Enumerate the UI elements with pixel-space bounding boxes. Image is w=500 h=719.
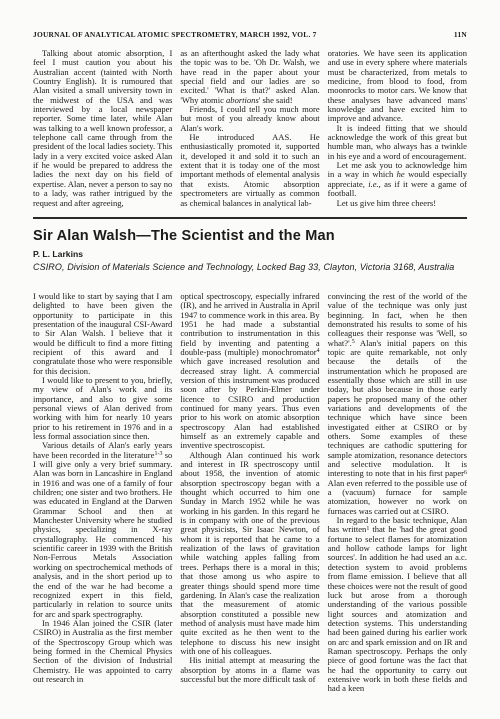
previous-article-end: Talking about atomic absorption, I feel … (33, 49, 467, 208)
paragraph: Various details of Alan's early years ha… (33, 441, 172, 619)
article-title: Sir Alan Walsh—The Scientist and the Man (33, 229, 467, 244)
article-body: I would like to start by saying that I a… (33, 292, 467, 694)
article-header: Sir Alan Walsh—The Scientist and the Man… (33, 229, 467, 272)
paragraph: In regard to the basic technique, Alan h… (328, 516, 467, 694)
top-column-2: as an afterthought asked the lady what t… (180, 49, 319, 208)
paragraph: oratories. We have seen its application … (328, 49, 467, 124)
body-column-3: convincing the rest of the world of the … (328, 292, 467, 694)
top-column-3: oratories. We have seen its application … (328, 49, 467, 208)
section-divider-rule (33, 217, 467, 219)
paragraph: Friends, I could tell you much more but … (180, 105, 319, 133)
paragraph: optical spectroscopy, especially infrare… (180, 292, 319, 451)
paragraph: He introduced AAS. He enthusiastically p… (180, 133, 319, 208)
author-affiliation: CSIRO, Division of Materials Science and… (33, 262, 467, 272)
top-column-1: Talking about atomic absorption, I feel … (33, 49, 172, 208)
journal-title: JOURNAL OF ANALYTICAL ATOMIC SPECTROMETR… (33, 30, 317, 39)
body-column-1: I would like to start by saying that I a… (33, 292, 172, 694)
paragraph: His initial attempt at measuring the abs… (180, 656, 319, 684)
paragraph: It is indeed fitting that we should ackn… (328, 124, 467, 161)
paragraph: Although Alan continued his work and int… (180, 451, 319, 657)
body-column-2: optical spectroscopy, especially infrare… (180, 292, 319, 694)
paragraph: I would like to start by saying that I a… (33, 292, 172, 376)
journal-page: JOURNAL OF ANALYTICAL ATOMIC SPECTROMETR… (0, 0, 500, 719)
paragraph: Talking about atomic absorption, I feel … (33, 49, 172, 208)
paragraph: Let me ask you to acknowledge him in a w… (328, 161, 467, 198)
paragraph: as an afterthought asked the lady what t… (180, 49, 319, 105)
author-name: P. L. Larkins (33, 249, 467, 259)
paragraph: convincing the rest of the world of the … (328, 292, 467, 516)
running-head: JOURNAL OF ANALYTICAL ATOMIC SPECTROMETR… (33, 30, 467, 39)
paragraph: Let us give him three cheers! (328, 199, 467, 208)
paragraph: I would like to present to you, briefly,… (33, 376, 172, 441)
page-number: 11N (454, 30, 467, 39)
paragraph: In 1946 Alan joined the CSIR (later CSIR… (33, 619, 172, 684)
